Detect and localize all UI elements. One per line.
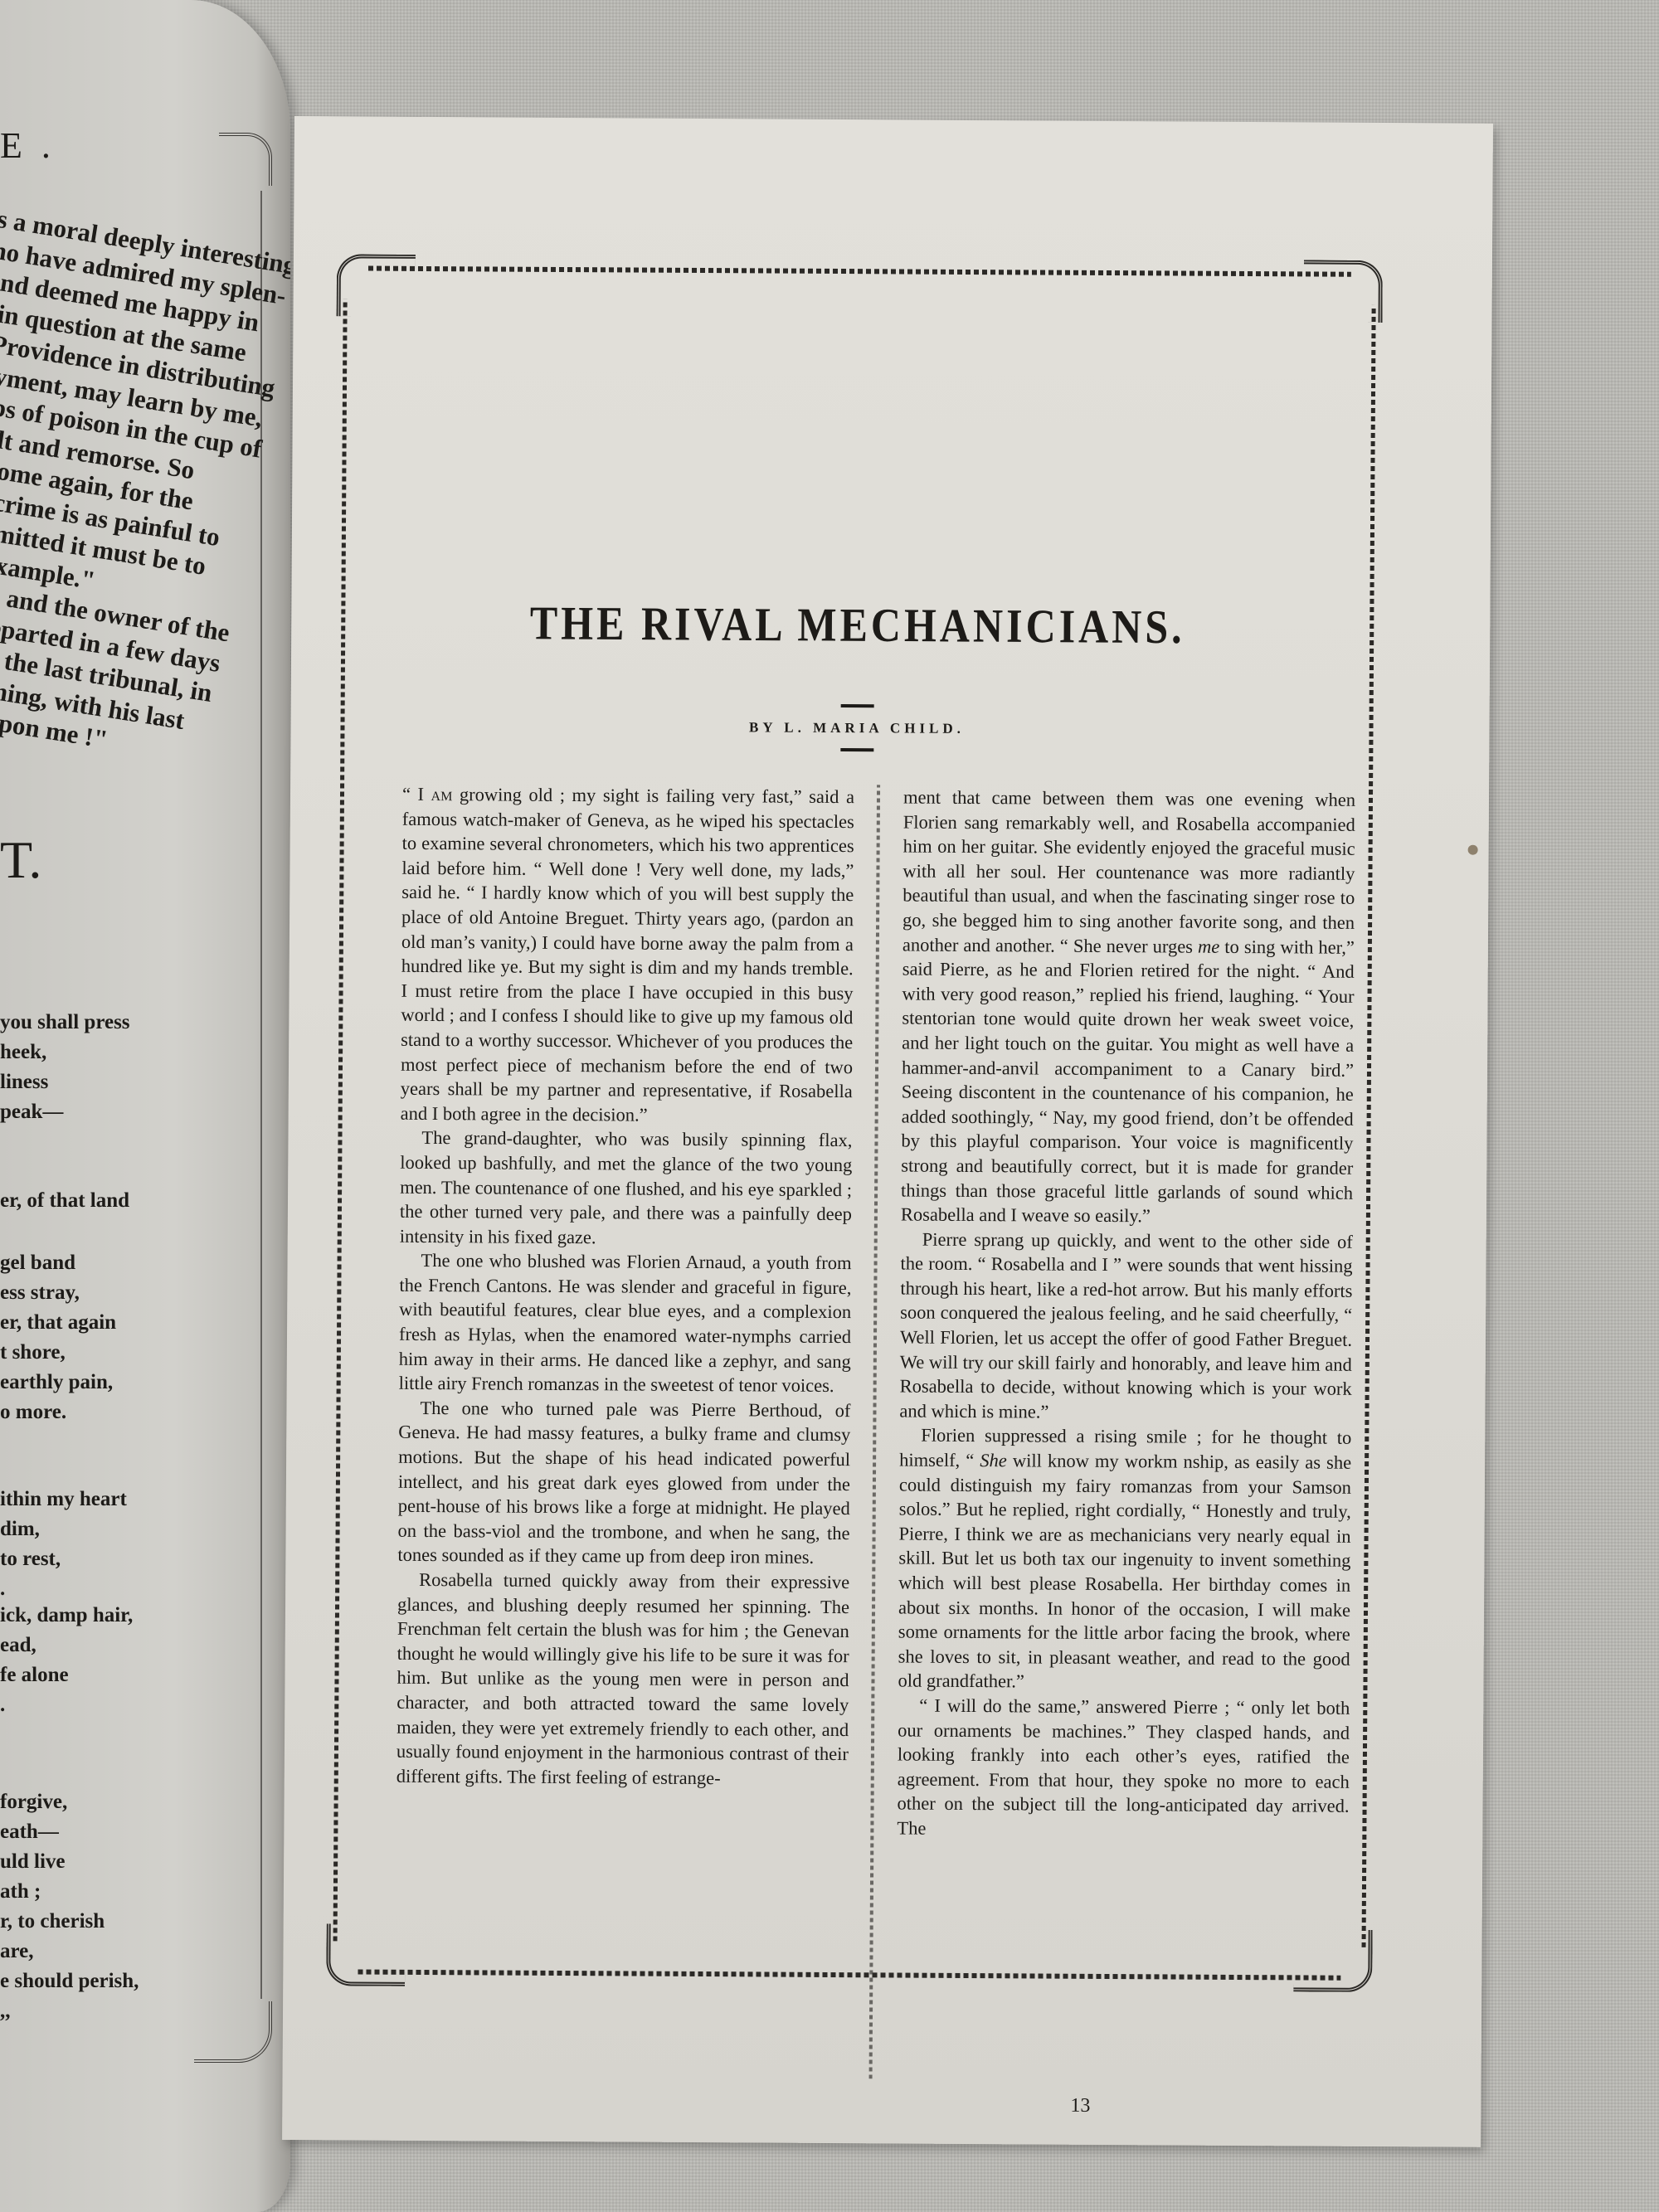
poem-stanza: gel bandess stray,er, that againt shore,…: [0, 1248, 265, 1427]
poem-line: ithin my heart: [0, 1485, 265, 1514]
corner-flourish-icon: [1304, 260, 1383, 323]
poem-title-fragment: T.: [0, 829, 41, 891]
foxing-spot: [1468, 845, 1478, 855]
corner-flourish-icon: [337, 254, 416, 317]
paragraph: Florien suppressed a rising smile ; for …: [898, 1423, 1351, 1696]
paragraph: The one who blushed was Florien Arnaud, …: [399, 1248, 852, 1398]
poem-line: r, to cherish: [0, 1907, 265, 1937]
corner-flourish-icon: [326, 1923, 405, 1986]
border-wavy-line: [368, 266, 1351, 277]
poem-stanza: you shall pressheek,linesspeak—: [0, 1008, 265, 1127]
poem-line: ead,: [0, 1631, 265, 1660]
poem-line: er, of that land: [0, 1186, 265, 1216]
paragraph: “ I am growing old ; my sight is failing…: [401, 782, 855, 1129]
paragraph: Rosabella turned quickly away from their…: [397, 1568, 850, 1791]
paragraph: The one who turned pale was Pierre Berth…: [397, 1396, 850, 1570]
poem-line: ,,: [0, 1996, 265, 2026]
byline: BY L. MARIA CHILD.: [340, 717, 1373, 740]
poem-line: forgive,: [0, 1787, 265, 1817]
poem-line: ess stray,: [0, 1278, 265, 1308]
column-divider: [869, 785, 881, 2078]
poem-line: .: [0, 1574, 265, 1604]
article-body: “ I am growing old ; my sight is failing…: [395, 782, 1356, 2073]
poem-line: e should perish,: [0, 1966, 265, 1996]
poem-line: to rest,: [0, 1544, 265, 1574]
paragraph: The grand-daughter, who was busily spinn…: [400, 1125, 853, 1251]
poem-line: you shall press: [0, 1008, 265, 1038]
text-column-right: ment that came between them was one even…: [897, 785, 1355, 1843]
poem-line: ath ;: [0, 1877, 265, 1907]
poem-line: t shore,: [0, 1338, 265, 1368]
poem-line: uld live: [0, 1847, 265, 1877]
poem-stanza: ick, damp hair,ead,fe alone.: [0, 1601, 265, 1720]
poem-line: fe alone: [0, 1660, 265, 1690]
small-caps-lead: am: [431, 784, 453, 805]
page-number: 13: [1070, 2095, 1090, 2117]
running-header-fragment: E .: [0, 124, 56, 167]
poem-stanza: er, of that land: [0, 1186, 265, 1216]
poem-line: dim,: [0, 1514, 265, 1544]
border-wavy-line: [333, 299, 348, 1941]
poem-line: heek,: [0, 1038, 265, 1067]
text-column-left: “ I am growing old ; my sight is failing…: [397, 782, 854, 1791]
paragraph: ment that came between them was one even…: [901, 785, 1355, 1229]
title-rule: [840, 704, 873, 707]
poem-line: earthly pain,: [0, 1368, 265, 1398]
italic-emphasis: She: [980, 1450, 1007, 1471]
poem-line: eath—: [0, 1817, 265, 1847]
poem-line: o more.: [0, 1398, 265, 1427]
article-title: THE RIVAL MECHANICIANS.: [341, 594, 1374, 655]
prose-fragment: s a moral deeply interestingho have admi…: [0, 203, 262, 767]
poem-line: er, that again: [0, 1308, 265, 1338]
poem-line: gel band: [0, 1248, 265, 1278]
poem-line: peak—: [0, 1097, 265, 1127]
poem-line: .: [0, 1690, 265, 1720]
poem-stanza: forgive,eath—uld liveath ;r, to cherisha…: [0, 1787, 265, 2026]
poem-line: are,: [0, 1937, 265, 1966]
paragraph: “ I will do the same,” answered Pierre ;…: [897, 1693, 1350, 1843]
left-page: E . s a moral deeply interestingho have …: [0, 0, 290, 2212]
page-border-frame: THE RIVAL MECHANICIANS. BY L. MARIA CHIL…: [333, 265, 1376, 1981]
poem-stanza: ithin my heart dim,to rest,.: [0, 1485, 265, 1604]
right-page: THE RIVAL MECHANICIANS. BY L. MARIA CHIL…: [282, 116, 1493, 2147]
border-wavy-line: [1362, 305, 1376, 1947]
corner-ornament-icon: [219, 133, 272, 186]
paragraph: Pierre sprang up quickly, and went to th…: [899, 1227, 1352, 1426]
poem-line: ick, damp hair,: [0, 1601, 265, 1631]
poem-line: liness: [0, 1067, 265, 1097]
byline-rule: [840, 748, 873, 751]
italic-emphasis: me: [1198, 936, 1219, 956]
